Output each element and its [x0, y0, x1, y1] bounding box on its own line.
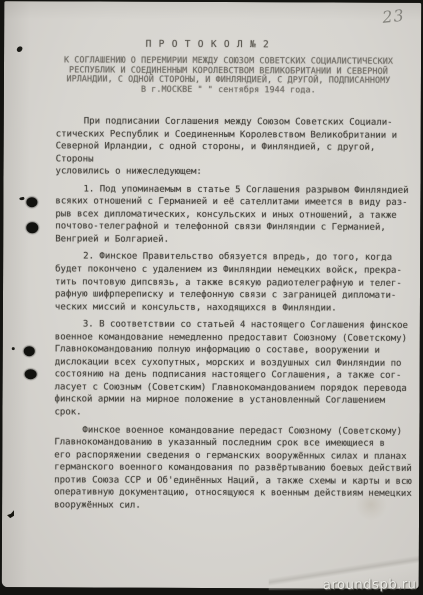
paragraph-item-2: 2. Финское Правительство обязуется впред… [55, 251, 416, 315]
page-number: 23 [381, 6, 405, 27]
paragraph-item-3-continued: Финское военное командование передаст Со… [54, 424, 415, 513]
watermark: aroundspb.ru [323, 576, 417, 593]
hole-punch-top-1 [26, 197, 37, 207]
paragraph-item-1: 1. Под упоминаемым в статье 5 Соглашения… [55, 183, 416, 247]
document-subtitle: К СОГЛАШЕНИЮ О ПЕРЕМИРИИ МЕЖДУ СОЮЗОМ СО… [42, 55, 415, 95]
hole-punch-bottom-2 [25, 369, 37, 379]
ink-smudge-bottom-left [7, 510, 14, 518]
hole-punch-bottom-1 [24, 346, 35, 356]
document-title: П Р О Т О К О Л № 2 [4, 38, 411, 51]
hole-punch-top-2 [26, 222, 38, 233]
paragraph-preamble: При подписании Соглашения между Союзом С… [56, 115, 417, 179]
paper-sheet: 23 П Р О Т О К О Л № 2 К СОГЛАШЕНИЮ О ПЕ… [2, 1, 422, 589]
ink-smudge-near-hole-3 [12, 347, 15, 350]
subtitle-line: В г.МОСКВЕ " " сентября 1944 года. [42, 84, 415, 95]
paragraph-item-3: 3. В соответствии со статьей 4 настоящег… [54, 319, 415, 421]
scanned-page: 23 П Р О Т О К О Л № 2 К СОГЛАШЕНИЮ О ПЕ… [0, 0, 423, 595]
ink-smudge-near-hole-1 [19, 197, 25, 201]
document-body: При подписании Соглашения между Союзом С… [54, 115, 417, 518]
